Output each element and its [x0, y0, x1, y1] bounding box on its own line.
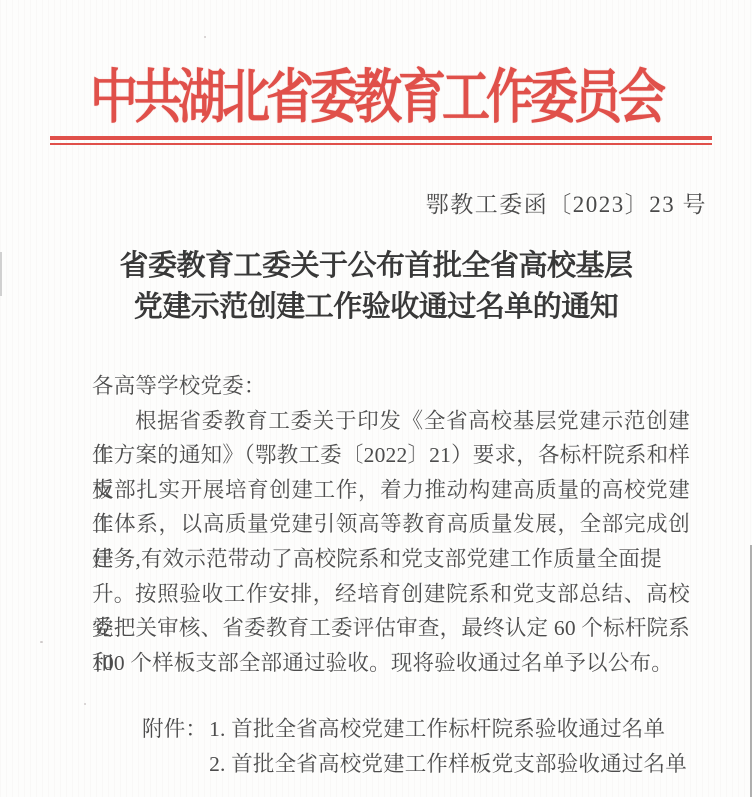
- body-line: 各高等学校党委：: [92, 369, 690, 404]
- document-number: 鄂教工委函〔2023〕23 号: [426, 186, 707, 219]
- document-body: 各高等学校党委：根据省委教育工委关于印发《全省高校基层党建示范创建工作方案的通知…: [92, 369, 690, 680]
- scanned-document-page: 中共湖北省委教育工作委员会 鄂教工委函〔2023〕23 号 省委教育工委关于公布…: [0, 0, 752, 797]
- body-line: 委把关审核、省委教育工委评估审查，最终认定 60 个标杆院系和: [92, 611, 690, 646]
- scan-artifact-left-edge: [0, 252, 2, 296]
- document-title-line-2: 党建示范创建工作验收通过名单的通知: [0, 287, 752, 328]
- scan-speck: [204, 36, 206, 38]
- document-title: 省委教育工委关于公布首批全省高校基层 党建示范创建工作验收通过名单的通知: [0, 246, 752, 328]
- letterhead-divider: [50, 136, 712, 145]
- scan-speck: [84, 703, 86, 705]
- body-line: 任务,有效示范带动了高校院系和党支部党建工作质量全面提升。: [92, 542, 690, 577]
- attachments-list: 1. 首批全省高校党建工作标杆院系验收通过名单2. 首批全省高校党建工作样板党支…: [209, 712, 687, 782]
- body-line: 100 个样板支部全部通过验收。现将验收通过名单予以公布。: [92, 646, 690, 681]
- body-line: 根据省委教育工委关于印发《全省高校基层党建示范创建工: [92, 404, 690, 439]
- letterhead-org-title: 中共湖北省委教育工作委员会: [0, 50, 752, 134]
- divider-thick-line: [50, 136, 712, 140]
- attachment-item: 1. 首批全省高校党建工作标杆院系验收通过名单: [209, 712, 687, 747]
- scan-speck: [40, 641, 43, 643]
- attachments-label: 附件：: [142, 712, 207, 747]
- attachment-item: 2. 首批全省高校党建工作样板党支部验收通过名单: [209, 747, 687, 782]
- attachments-block: 附件： 1. 首批全省高校党建工作标杆院系验收通过名单2. 首批全省高校党建工作…: [142, 712, 687, 782]
- body-line: 作体系，以高质量党建引领高等教育高质量发展，全部完成创建: [92, 507, 690, 542]
- body-line: 按照验收工作安排，经培育创建院系和党支部总结、高校党: [92, 577, 690, 612]
- body-line: 作方案的通知》（鄂教工委〔2022〕21）要求，各标杆院系和样板: [92, 438, 690, 473]
- divider-thin-line: [50, 143, 712, 145]
- document-title-line-1: 省委教育工委关于公布首批全省高校基层: [0, 246, 752, 287]
- body-line: 支部扎实开展培育创建工作，着力推动构建高质量的高校党建工: [92, 473, 690, 508]
